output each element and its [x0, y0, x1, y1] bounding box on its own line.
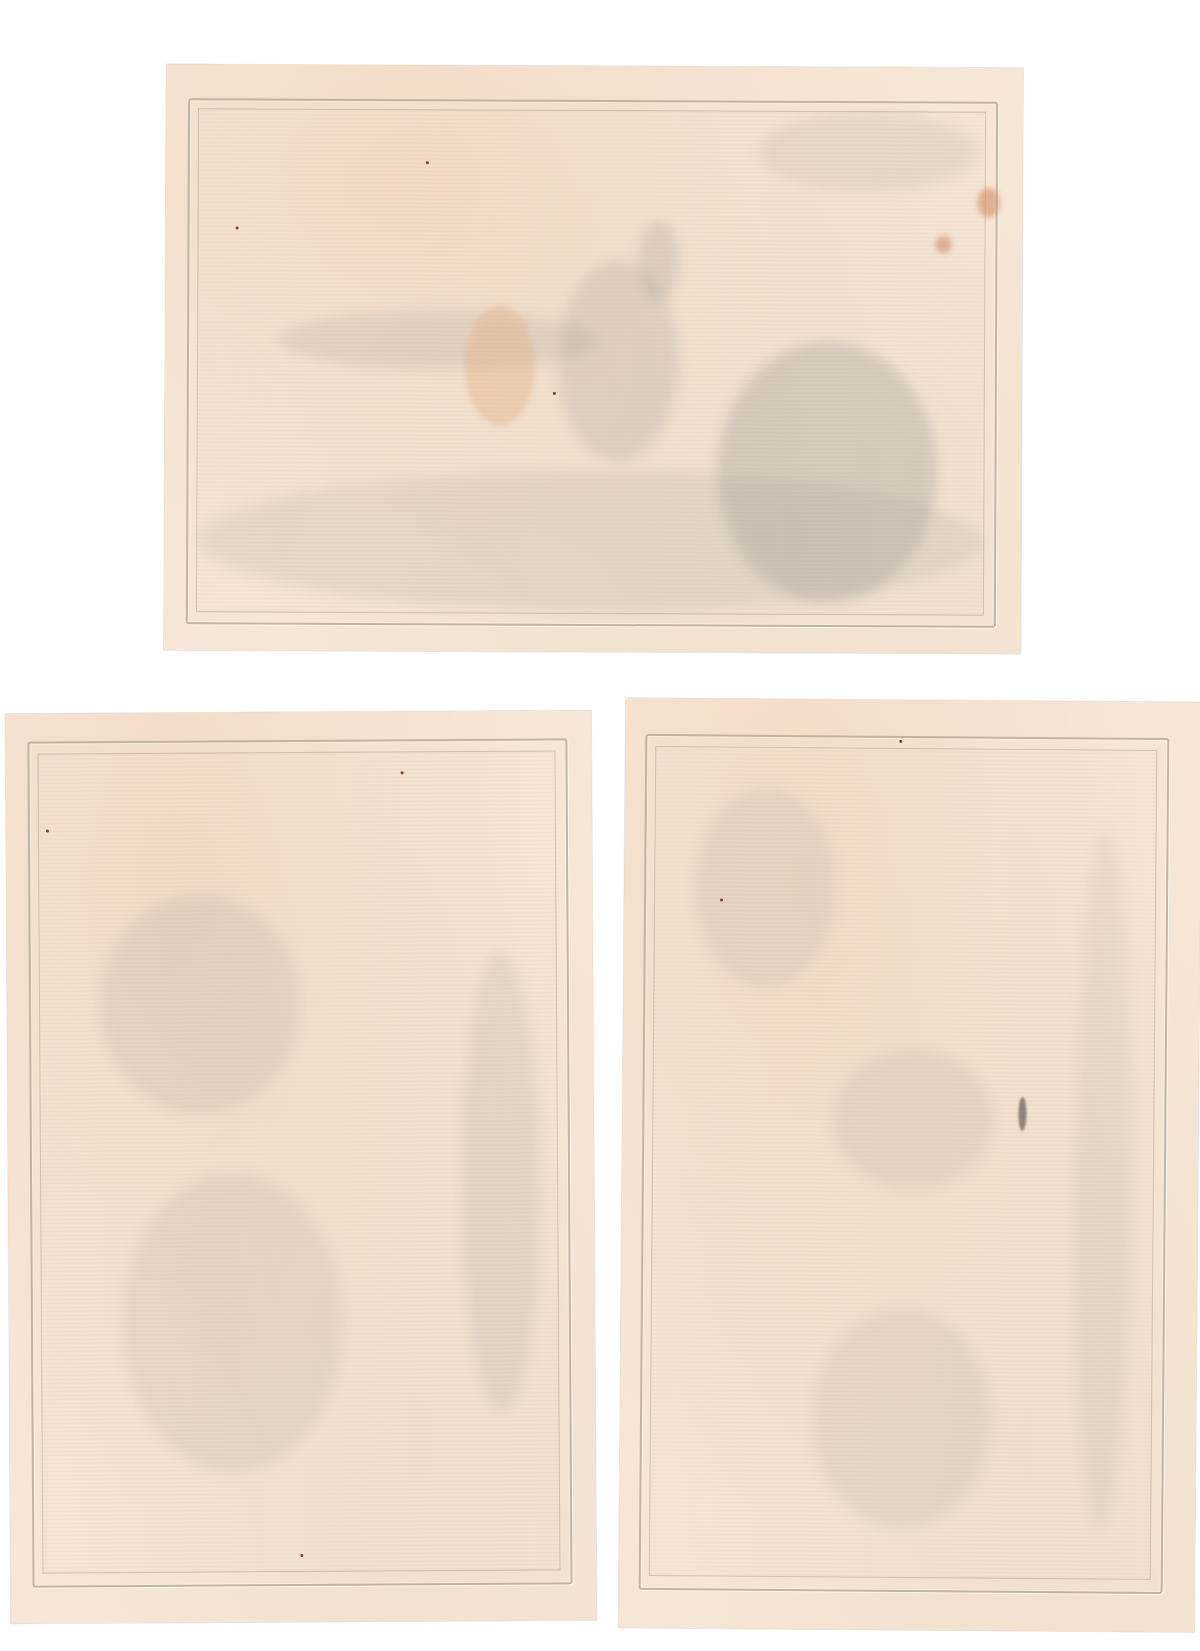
foxing-stain [978, 188, 1000, 218]
foxing-stain [935, 235, 951, 253]
bleed-through-image [649, 746, 1158, 1580]
bleed-through-image [37, 750, 560, 1573]
bleed-through-image [196, 108, 986, 615]
engraving-sheet-top [164, 64, 1024, 654]
engraving-sheet-bottom-left [5, 710, 597, 1624]
foxing-stain [465, 305, 536, 425]
engraving-sheet-bottom-right [618, 698, 1200, 1632]
